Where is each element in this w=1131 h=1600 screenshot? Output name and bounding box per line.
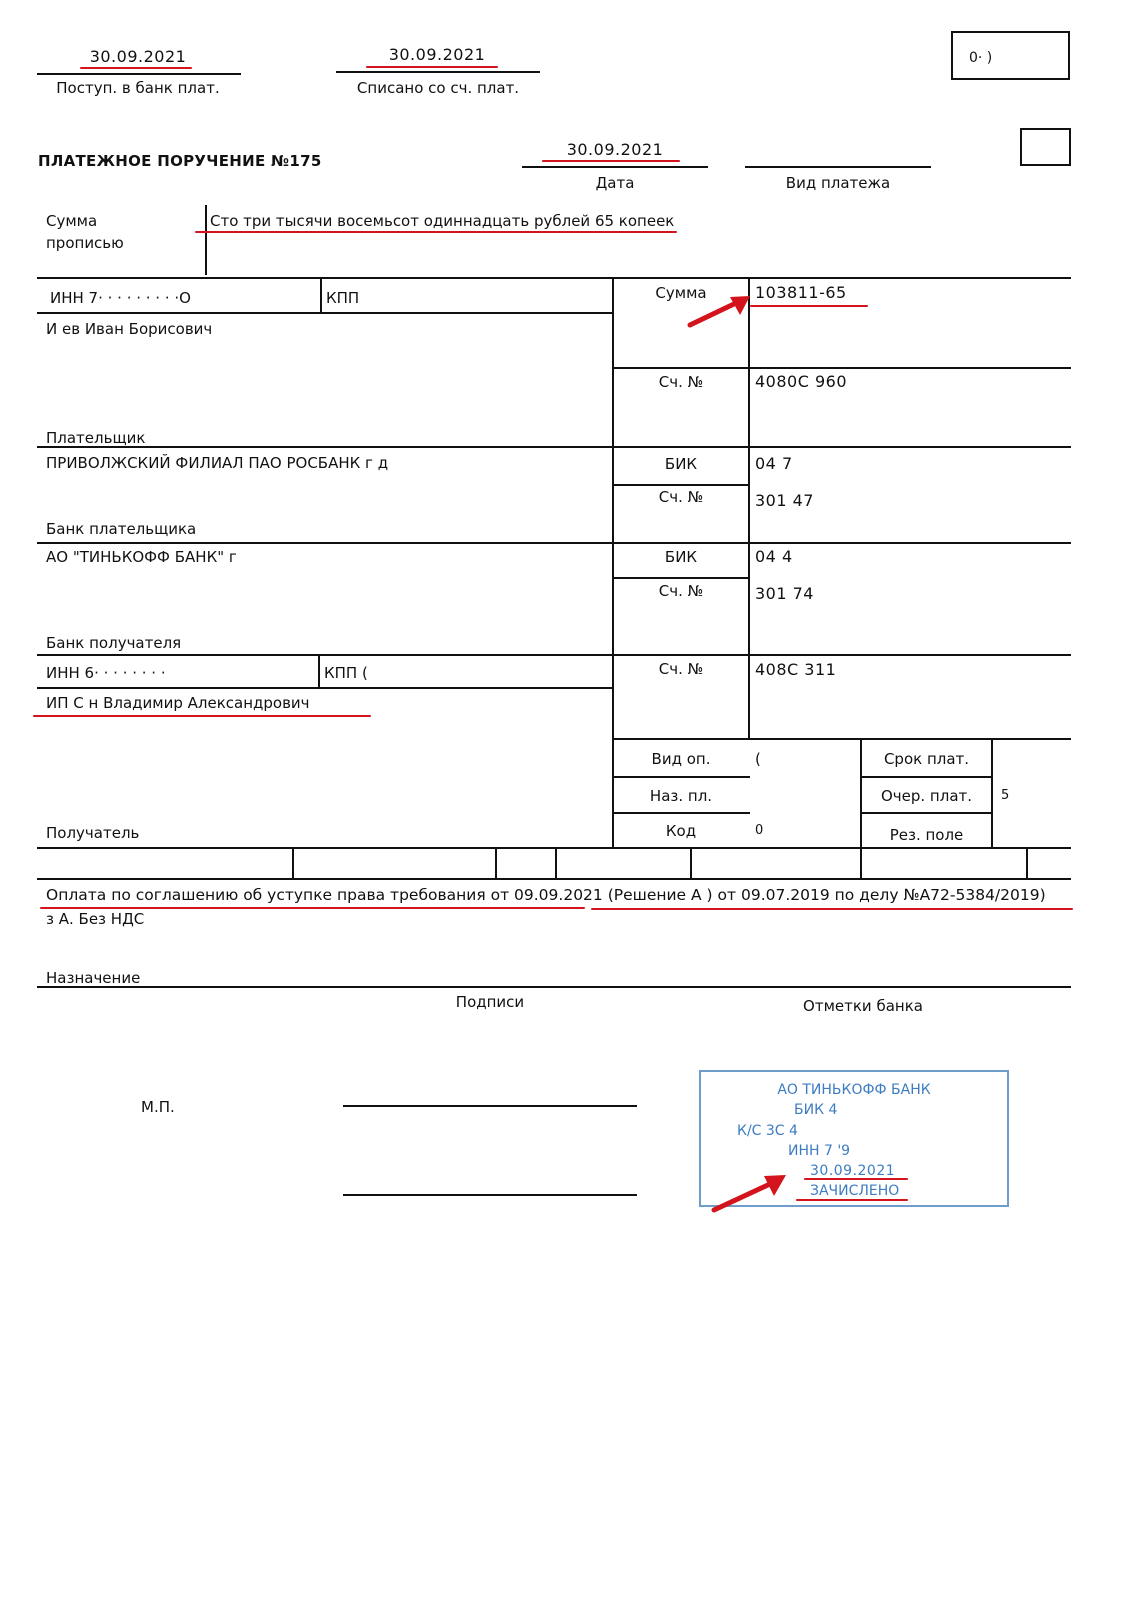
divider <box>37 277 1071 279</box>
payer-account: 4080C 960 <box>755 373 847 391</box>
debited-date: 30.09.2021 <box>336 46 538 64</box>
signatures-label: Подписи <box>400 993 580 1011</box>
payee-account-label: Сч. № <box>614 660 748 678</box>
divider <box>612 484 750 486</box>
code-value: 0 <box>755 822 763 840</box>
form-code: 0· ) <box>969 49 992 67</box>
op-type-value: ( <box>755 750 761 768</box>
payer-kpp: КПП <box>326 289 359 307</box>
purpose-label: Назначение <box>46 969 140 987</box>
amount-value: 103811-65 <box>755 284 847 302</box>
divider <box>37 878 1071 880</box>
divider <box>318 654 320 688</box>
payee-bank-account: 301 74 <box>755 585 814 603</box>
divider <box>1026 847 1028 879</box>
annotation-underline <box>366 66 498 68</box>
divider <box>612 367 1071 369</box>
stamp-date: 30.09.2021 <box>810 1163 895 1179</box>
payee-kpp: КПП ( <box>324 664 368 682</box>
annotation-underline <box>40 907 585 909</box>
payment-type-label: Вид платежа <box>745 174 931 192</box>
divider <box>860 812 993 814</box>
date-label: Дата <box>522 174 708 192</box>
annotation-underline <box>195 231 677 233</box>
divider <box>495 847 497 879</box>
divider <box>612 812 750 814</box>
divider <box>37 687 614 689</box>
divider <box>690 847 692 879</box>
divider <box>748 277 750 739</box>
purpose-text: Оплата по соглашению об уступке права тр… <box>46 886 1046 904</box>
divider <box>37 446 1071 448</box>
payee-bik: 04 4 <box>755 548 793 566</box>
payer-bik-label: БИК <box>614 455 748 473</box>
received-date: 30.09.2021 <box>38 48 238 66</box>
divider <box>860 776 993 778</box>
amount-words-label: Сумма <box>46 212 97 230</box>
divider <box>612 776 750 778</box>
divider <box>991 738 993 849</box>
divider <box>292 847 294 879</box>
page-title: ПЛАТЕЖНОЕ ПОРУЧЕНИЕ №175 <box>38 152 322 170</box>
divider <box>522 166 708 168</box>
term-label: Срок плат. <box>862 750 991 768</box>
payee-account: 408C 311 <box>755 661 836 679</box>
annotation-underline <box>796 1199 908 1201</box>
annotation-underline <box>33 715 371 717</box>
stamp-inn: ИНН 7 '9 <box>788 1143 850 1159</box>
payee-name: ИП С н Владимир Александрович <box>46 694 310 712</box>
annotation-underline <box>750 305 868 307</box>
code-label: Код <box>614 822 748 840</box>
bank-marks-label: Отметки банка <box>770 997 956 1015</box>
amount-words-label-2: прописью <box>46 234 124 252</box>
annotation-underline <box>542 160 680 162</box>
stamp-place-label: М.П. <box>141 1098 175 1116</box>
divider <box>37 73 241 75</box>
purpose-text-2: з А. Без НДС <box>46 910 144 928</box>
annotation-arrow-icon <box>684 293 754 331</box>
divider <box>336 71 540 73</box>
divider <box>745 166 931 168</box>
purpose-code-label: Наз. пл. <box>614 787 748 805</box>
payer-label: Плательщик <box>46 429 145 447</box>
reserve-label: Рез. поле <box>862 826 991 844</box>
divider <box>205 205 207 275</box>
annotation-arrow-icon <box>706 1170 790 1216</box>
annotation-underline <box>80 67 192 69</box>
form-code-box: 0· ) <box>951 31 1070 80</box>
op-type-label: Вид оп. <box>614 750 748 768</box>
stamp-ks: К/С 3С 4 <box>737 1123 798 1139</box>
divider <box>37 986 1071 988</box>
divider <box>860 847 862 879</box>
priority-label: Очер. плат. <box>862 787 991 805</box>
payer-inn: ИНН 7· · · · · · · · ·О <box>50 289 191 307</box>
debited-label: Списано со сч. плат. <box>336 79 540 97</box>
divider <box>37 847 1071 849</box>
payee-bik-label: БИК <box>614 548 748 566</box>
payer-bik: 04 7 <box>755 455 793 473</box>
payee-inn: ИНН 6· · · · · · · · <box>46 664 166 682</box>
priority-value: 5 <box>1001 787 1009 805</box>
payer-account-label: Сч. № <box>614 373 748 391</box>
divider <box>612 738 1071 740</box>
divider <box>37 542 1071 544</box>
divider <box>612 577 750 579</box>
payee-bank-label: Банк получателя <box>46 634 181 652</box>
payer-name: И ев Иван Борисович <box>46 320 212 338</box>
payer-bank-name: ПРИВОЛЖСКИЙ ФИЛИАЛ ПАО РОСБАНК г д <box>46 454 388 472</box>
stamp-status: ЗАЧИСЛЕНО <box>810 1183 899 1199</box>
divider <box>37 312 614 314</box>
received-label: Поступ. в банк плат. <box>38 79 238 97</box>
stamp-bank-name: АО ТИНЬКОФФ БАНК <box>701 1082 1007 1098</box>
payee-label: Получатель <box>46 824 139 842</box>
payer-bank-label: Банк плательщика <box>46 520 196 538</box>
payer-bank-account-label: Сч. № <box>614 488 748 506</box>
divider <box>320 277 322 313</box>
document-date: 30.09.2021 <box>522 141 708 159</box>
amount-words-value: Сто три тысячи восемьсот одиннадцать руб… <box>210 212 674 230</box>
signature-line <box>343 1194 637 1196</box>
payer-bank-account: 301 47 <box>755 492 814 510</box>
payee-bank-account-label: Сч. № <box>614 582 748 600</box>
annotation-underline <box>804 1178 908 1180</box>
status-box <box>1020 128 1071 166</box>
divider <box>37 654 1071 656</box>
divider <box>555 847 557 879</box>
stamp-bik: БИК 4 <box>794 1102 837 1118</box>
payee-bank-name: АО "ТИНЬКОФФ БАНК" г <box>46 548 237 566</box>
annotation-underline <box>591 908 1073 910</box>
signature-line <box>343 1105 637 1107</box>
